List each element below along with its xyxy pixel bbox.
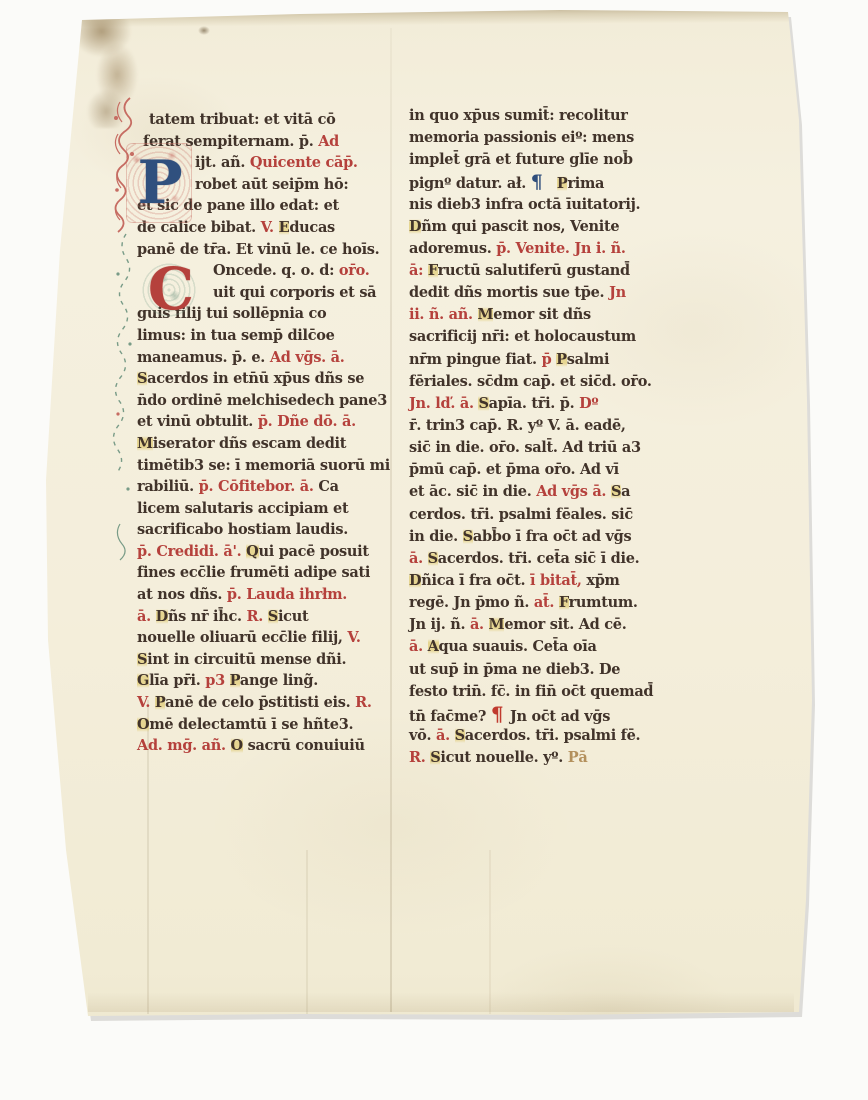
text-segment: p̄. Lauda ihrłm. xyxy=(227,586,347,603)
text-segment: tn̄ fac̄me? xyxy=(409,708,491,725)
text-line: limus: in tua semp̄ dilc̄oe xyxy=(137,325,389,347)
text-segment: Dº xyxy=(579,395,598,412)
text-segment: S xyxy=(430,749,440,766)
text-segment: mē delectamtū ī se hñte3. xyxy=(149,716,353,733)
text-segment: ii. ñ. añ. xyxy=(409,306,478,323)
text-segment: Ad xyxy=(318,133,339,150)
text-line: implet̄ grā et future glīe nob̄ xyxy=(409,149,659,171)
text-segment: P xyxy=(557,175,568,192)
text-segment: dedit dñs mortis sue tp̄e. xyxy=(409,284,609,301)
text-segment: emor sit dñs xyxy=(493,306,591,323)
text-segment: acerdos. tr̄i. cet̄a sic̄ ī die. xyxy=(438,550,640,567)
text-segment: Oncede. q. o. d: xyxy=(213,262,339,279)
text-segment: S xyxy=(137,651,147,668)
text-segment: Ad vḡs ā. xyxy=(536,483,611,500)
text-line: dedit dñs mortis sue tp̄e. Jn xyxy=(409,282,659,304)
text-line: r̄. trin3 cap̄. R. yº V. ā. eadē, xyxy=(409,415,659,437)
text-line: licem salutaris accipiam et xyxy=(137,498,389,520)
text-segment: ī bitat̄, xyxy=(530,572,586,589)
text-line: Omē delectamtū ī se hñte3. xyxy=(137,714,389,736)
stain-speck xyxy=(198,26,210,35)
text-segment: ñs nr̄ ih̄c. xyxy=(168,608,247,625)
text-segment: p̄. Credidi. ā'. xyxy=(137,543,246,560)
text-segment: Q xyxy=(246,543,258,560)
text-line: ā. Dñs nr̄ ih̄c. R. Sicut xyxy=(137,606,389,628)
text-segment: A xyxy=(428,638,439,655)
text-segment: V. xyxy=(347,629,360,646)
text-segment: acerdos in etn̄ū xp̄us dñs se xyxy=(147,370,364,387)
text-segment: regē. Jn p̄mo ñ. xyxy=(409,594,534,611)
text-segment: int in circuitū mense dñi. xyxy=(147,651,346,668)
text-segment: līa pr̄i. xyxy=(149,672,205,689)
text-segment: ā. xyxy=(436,727,455,744)
text-segment: icut nouelle. yº. xyxy=(440,749,567,766)
text-segment: G xyxy=(137,672,149,689)
text-column-right: in quo xp̄us sumit̄: recoliturmemoria pa… xyxy=(409,105,659,769)
text-line: tatem tribuat: et vitā cō xyxy=(137,109,389,131)
text-segment: salmi xyxy=(567,351,609,368)
text-segment: ructū salutiferū gustand̄ xyxy=(438,262,630,279)
text-line: ā. Sacerdos. tr̄i. cet̄a sic̄ ī die. xyxy=(409,548,659,570)
text-segment xyxy=(543,175,557,192)
text-segment: ¶ xyxy=(491,702,510,726)
text-segment: S xyxy=(463,528,473,545)
text-segment: Pā xyxy=(568,749,588,766)
text-segment: F xyxy=(428,262,438,279)
text-segment: P xyxy=(230,672,240,689)
text-segment: at nos dñs. xyxy=(137,586,227,603)
text-segment: licem salutaris accipiam et xyxy=(137,500,348,517)
text-segment: rabiliū. xyxy=(137,478,199,495)
text-segment: O xyxy=(231,737,243,754)
initial-c-glyph: C xyxy=(139,257,203,321)
text-segment: p̄. Dñe dō. ā. xyxy=(258,413,356,430)
text-line: cerdos. tr̄i. psalmi fēales. sic̄ xyxy=(409,504,659,526)
text-segment: Jn ij. ñ. xyxy=(409,616,470,633)
text-line: Jn. lď. ā. Sapīa. tr̄i. p̄. Dº xyxy=(409,393,659,415)
manuscript-leaf: P C tatem tribuat: et vitā cōferat sempi… xyxy=(0,0,868,1100)
text-line: Miserator dñs escam dedit xyxy=(137,433,389,455)
text-line: ii. ñ. añ. Memor sit dñs xyxy=(409,304,659,326)
text-segment: R. xyxy=(409,749,430,766)
text-segment: M xyxy=(478,306,494,323)
fold-crease-right xyxy=(489,850,491,1014)
darkened-top-edge xyxy=(58,2,802,27)
text-line: maneamus. p̄. e. Ad vḡs. ā. xyxy=(137,347,389,369)
text-line: nis dieb3 infra octā īuitatorij. xyxy=(409,194,659,216)
text-line: fines ecc̄lie frumēti adipe sati xyxy=(137,562,389,584)
text-segment: abb̄o ī fra oc̄t ad vḡs xyxy=(473,528,632,545)
text-segment: icut xyxy=(278,608,308,625)
text-segment: sacrificabo hostiam laudis. xyxy=(137,521,348,538)
text-segment: qua suauis. Cet̄a oīa xyxy=(439,638,597,655)
text-segment: F xyxy=(559,594,569,611)
text-line: festo trin̄. fc̄. in fin̄ oc̄t quemad̄ xyxy=(409,681,659,703)
text-line: sacrificij nr̄i: et holocaustum xyxy=(409,326,659,348)
manuscript-photo: P C tatem tribuat: et vitā cōferat sempi… xyxy=(0,0,868,1100)
text-segment: p3 xyxy=(205,672,229,689)
text-segment: timētib3 se: ī memoriā suorū mi xyxy=(137,457,390,474)
text-line: nouelle oliuarū ecc̄lie filij, V. xyxy=(137,627,389,649)
text-segment: Ad. mḡ. añ. xyxy=(137,737,231,754)
text-segment: memoria passionis eiº: mens xyxy=(409,129,634,146)
text-segment: V. xyxy=(261,219,279,236)
text-segment: Ad vḡs. ā. xyxy=(270,349,345,366)
text-line: et vinū obtulit. p̄. Dñe dō. ā. xyxy=(137,411,389,433)
text-segment: V. xyxy=(137,694,155,711)
illuminated-initial-c: C xyxy=(139,257,203,323)
text-segment: uit qui corporis et sā xyxy=(213,284,376,301)
text-line: nr̄m pingue fiat. p̄ Psalmi xyxy=(409,349,659,371)
text-line: ut sup̄ in p̄ma ne dieb3. De xyxy=(409,659,659,681)
text-segment: Jn. lď. ā. xyxy=(409,395,478,412)
text-segment: M xyxy=(489,616,505,633)
text-segment: p̄mū cap̄. et p̄ma or̄o. Ad vī xyxy=(409,461,619,478)
text-line: et āc. sic̄ in die. Ad vḡs ā. Sa xyxy=(409,481,659,503)
text-segment: vō. xyxy=(409,727,436,744)
text-segment: D xyxy=(156,608,168,625)
text-line: tn̄ fac̄me? ¶ Jn oc̄t ad vḡs xyxy=(409,703,659,725)
text-line: regē. Jn p̄mo ñ. at̄. Frumtum. xyxy=(409,592,659,614)
text-segment: nr̄m pingue fiat. xyxy=(409,351,542,368)
text-segment: acerdos. tr̄i. psalmi fē. xyxy=(465,727,641,744)
text-segment: at̄. xyxy=(534,594,559,611)
text-segment: ā: xyxy=(409,262,428,279)
text-segment: apīa. tr̄i. p̄. xyxy=(489,395,580,412)
text-line: ā: Fructū salutiferū gustand̄ xyxy=(409,260,659,282)
text-segment: limus: in tua semp̄ dilc̄oe xyxy=(137,327,335,344)
text-segment: Quicente cāp̄. xyxy=(250,154,358,171)
text-segment: S xyxy=(268,608,278,625)
text-segment: adoremus. xyxy=(409,240,496,257)
text-line: sacrificabo hostiam laudis. xyxy=(137,519,389,541)
text-line: Jn ij. ñ. ā. Memor sit. Ad cē. xyxy=(409,614,659,636)
text-line: Sint in circuitū mense dñi. xyxy=(137,649,389,671)
text-segment: robet aūt seip̄m hō: xyxy=(195,176,348,193)
text-segment: et vinū obtulit. xyxy=(137,413,258,430)
text-line: R. Sicut nouelle. yº. Pā xyxy=(409,747,659,769)
text-segment: p̄ xyxy=(542,351,557,368)
text-segment: ā. xyxy=(409,638,428,655)
text-line: timētib3 se: ī memoriā suorū mi xyxy=(137,455,389,477)
text-segment: ut sup̄ in p̄ma ne dieb3. De xyxy=(409,661,620,678)
text-line: Ad. mḡ. añ. O sacrū conuiuiū xyxy=(137,735,389,757)
text-segment: ange ling̃. xyxy=(240,672,318,689)
text-line: Sacerdos in etn̄ū xp̄us dñs se xyxy=(137,368,389,390)
text-segment: tatem tribuat: et vitā cō xyxy=(149,111,335,128)
bottom-shading xyxy=(88,992,794,1012)
text-segment: S xyxy=(428,550,438,567)
text-segment: a xyxy=(621,483,630,500)
text-segment: p̄. Venite. Jn i. ñ. xyxy=(496,240,625,257)
text-line: memoria passionis eiº: mens xyxy=(409,127,659,149)
text-line: in quo xp̄us sumit̄: recolitur xyxy=(409,105,659,127)
text-segment: in die. xyxy=(409,528,463,545)
fold-crease-center xyxy=(390,28,392,1012)
text-line: vō. ā. Sacerdos. tr̄i. psalmi fē. xyxy=(409,725,659,747)
text-line: Dñm qui pascit nos, Venite xyxy=(409,216,659,238)
text-segment: nis dieb3 infra octā īuitatorij. xyxy=(409,196,640,213)
text-segment: n̄do ordinē melchisedech pane3 xyxy=(137,392,387,409)
text-line: sic̄ in die. or̄o. salt̄. Ad triū a3 xyxy=(409,437,659,459)
text-segment: S xyxy=(478,395,488,412)
text-line: in die. Sabb̄o ī fra oc̄t ad vḡs xyxy=(409,526,659,548)
text-segment: Jn xyxy=(609,284,626,301)
text-segment: D xyxy=(409,572,421,589)
text-line: Dñica ī fra oc̄t. ī bitat̄, xp̄m xyxy=(409,570,659,592)
text-line: V. Panē de celo p̄stitisti eis. R. xyxy=(137,692,389,714)
text-line: ā. Aqua suauis. Cet̄a oīa xyxy=(409,636,659,658)
text-segment: M xyxy=(137,435,153,452)
text-segment: D xyxy=(409,218,421,235)
text-segment: E xyxy=(279,219,290,236)
text-line: fēriales. sc̄dm cap̄. et sic̄d. or̄o. xyxy=(409,371,659,393)
text-segment: emor sit. Ad cē. xyxy=(504,616,626,633)
text-segment: S xyxy=(137,370,147,387)
text-segment: Ca xyxy=(318,478,338,495)
text-segment: S xyxy=(611,483,621,500)
text-segment: S xyxy=(455,727,465,744)
fold-crease-mid xyxy=(306,850,308,1014)
text-line: p̄mū cap̄. et p̄ma or̄o. Ad vī xyxy=(409,459,659,481)
text-segment: ñm qui pascit nos, Venite xyxy=(421,218,619,235)
text-line: Glīa pr̄i. p3 Pange ling̃. xyxy=(137,670,389,692)
text-segment: nouelle oliuarū ecc̄lie filij, xyxy=(137,629,347,646)
text-segment: festo trin̄. fc̄. in fin̄ oc̄t quemad̄ xyxy=(409,683,653,700)
text-segment: P xyxy=(155,694,165,711)
text-line: adoremus. p̄. Venite. Jn i. ñ. xyxy=(409,238,659,260)
text-segment: or̄o. xyxy=(339,262,370,279)
text-segment: ijt. añ. xyxy=(195,154,250,171)
text-segment: R. xyxy=(355,694,372,711)
text-segment: sacrū conuiuiū xyxy=(243,737,365,754)
text-segment: pignº datur. ał. xyxy=(409,175,531,192)
text-segment: ā. xyxy=(409,550,428,567)
text-segment: cerdos. tr̄i. psalmi fēales. sic̄ xyxy=(409,506,633,523)
text-segment: sacrificij nr̄i: et holocaustum xyxy=(409,328,636,345)
text-segment: rumtum. xyxy=(569,594,638,611)
text-segment: ñica ī fra oc̄t. xyxy=(421,572,530,589)
text-segment: xp̄m xyxy=(586,572,619,589)
text-segment: Jn oc̄t ad vḡs xyxy=(510,708,610,725)
text-segment: sic̄ in die. or̄o. salt̄. Ad triū a3 xyxy=(409,439,641,456)
text-segment: et āc. sic̄ in die. xyxy=(409,483,536,500)
text-segment: O xyxy=(137,716,149,733)
text-segment: iserator dñs escam dedit xyxy=(153,435,346,452)
text-segment: ā. xyxy=(137,608,156,625)
text-segment: ui pacē posuit xyxy=(259,543,369,560)
text-segment: ā. xyxy=(470,616,489,633)
text-segment: maneamus. p̄. e. xyxy=(137,349,270,366)
text-line: p̄. Credidi. ā'. Qui pacē posuit xyxy=(137,541,389,563)
initial-p-glyph: P xyxy=(130,149,190,217)
text-segment: ducas xyxy=(289,219,335,236)
text-segment: P xyxy=(556,351,567,368)
illuminated-initial-p: P xyxy=(130,149,190,219)
text-segment: p̄. Cōfitebor. ā. xyxy=(199,478,319,495)
text-segment: anē de celo p̄stitisti eis. xyxy=(165,694,355,711)
text-segment: R. xyxy=(247,608,268,625)
text-segment: rima xyxy=(567,175,604,192)
text-segment: ¶ xyxy=(531,171,543,193)
text-line: n̄do ordinē melchisedech pane3 xyxy=(137,390,389,412)
text-line: rabiliū. p̄. Cōfitebor. ā. Ca xyxy=(137,476,389,498)
text-segment: fines ecc̄lie frumēti adipe sati xyxy=(137,564,370,581)
text-segment: in quo xp̄us sumit̄: recolitur xyxy=(409,107,628,124)
text-segment: implet̄ grā et future glīe nob̄ xyxy=(409,151,633,168)
text-line: at nos dñs. p̄. Lauda ihrłm. xyxy=(137,584,389,606)
text-segment: fēriales. sc̄dm cap̄. et sic̄d. or̄o. xyxy=(409,373,652,390)
text-segment: r̄. trin3 cap̄. R. yº V. ā. eadē, xyxy=(409,417,626,434)
text-line: pignº datur. ał. ¶ Prima xyxy=(409,171,659,193)
